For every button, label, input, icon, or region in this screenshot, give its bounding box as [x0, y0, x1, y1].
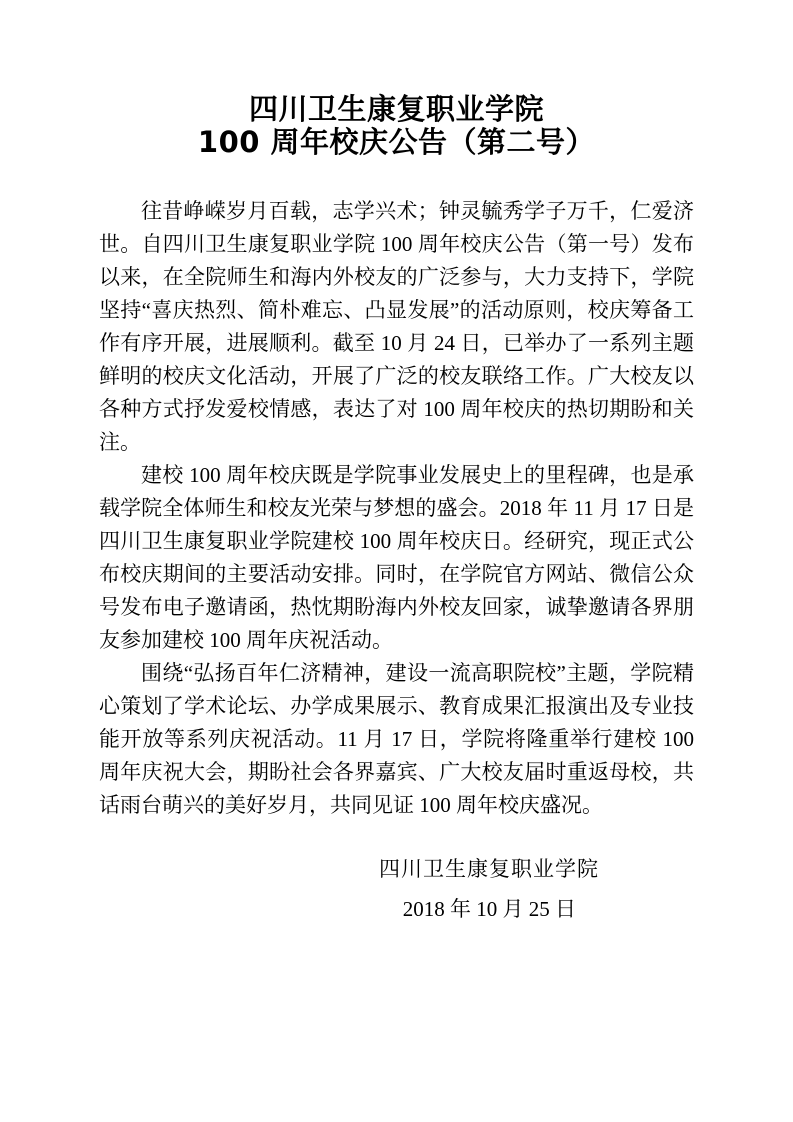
title-line-2: 100 周年校庆公告（第二号）: [99, 126, 694, 159]
signature-organization: 四川卫生康复职业学院: [99, 849, 599, 889]
signature-block: 四川卫生康复职业学院 2018 年 10 月 25 日: [99, 849, 694, 929]
document-body: 往昔峥嵘岁月百载，志学兴术；钟灵毓秀学子万千，仁爱济世。自四川卫生康复职业学院 …: [99, 195, 694, 822]
signature-date: 2018 年 10 月 25 日: [99, 889, 576, 929]
paragraph-2: 建校 100 周年校庆既是学院事业发展史上的里程碑，也是承载学院全体师生和校友光…: [99, 459, 694, 657]
paragraph-3: 围绕“弘扬百年仁济精神，建设一流高职院校”主题，学院精心策划了学术论坛、办学成果…: [99, 657, 694, 822]
document-page: 四川卫生康复职业学院 100 周年校庆公告（第二号） 往昔峥嵘岁月百载，志学兴术…: [0, 0, 793, 1122]
title-line-1: 四川卫生康复职业学院: [99, 93, 694, 126]
paragraph-1: 往昔峥嵘岁月百载，志学兴术；钟灵毓秀学子万千，仁爱济世。自四川卫生康复职业学院 …: [99, 195, 694, 459]
document-title: 四川卫生康复职业学院 100 周年校庆公告（第二号）: [99, 93, 694, 159]
